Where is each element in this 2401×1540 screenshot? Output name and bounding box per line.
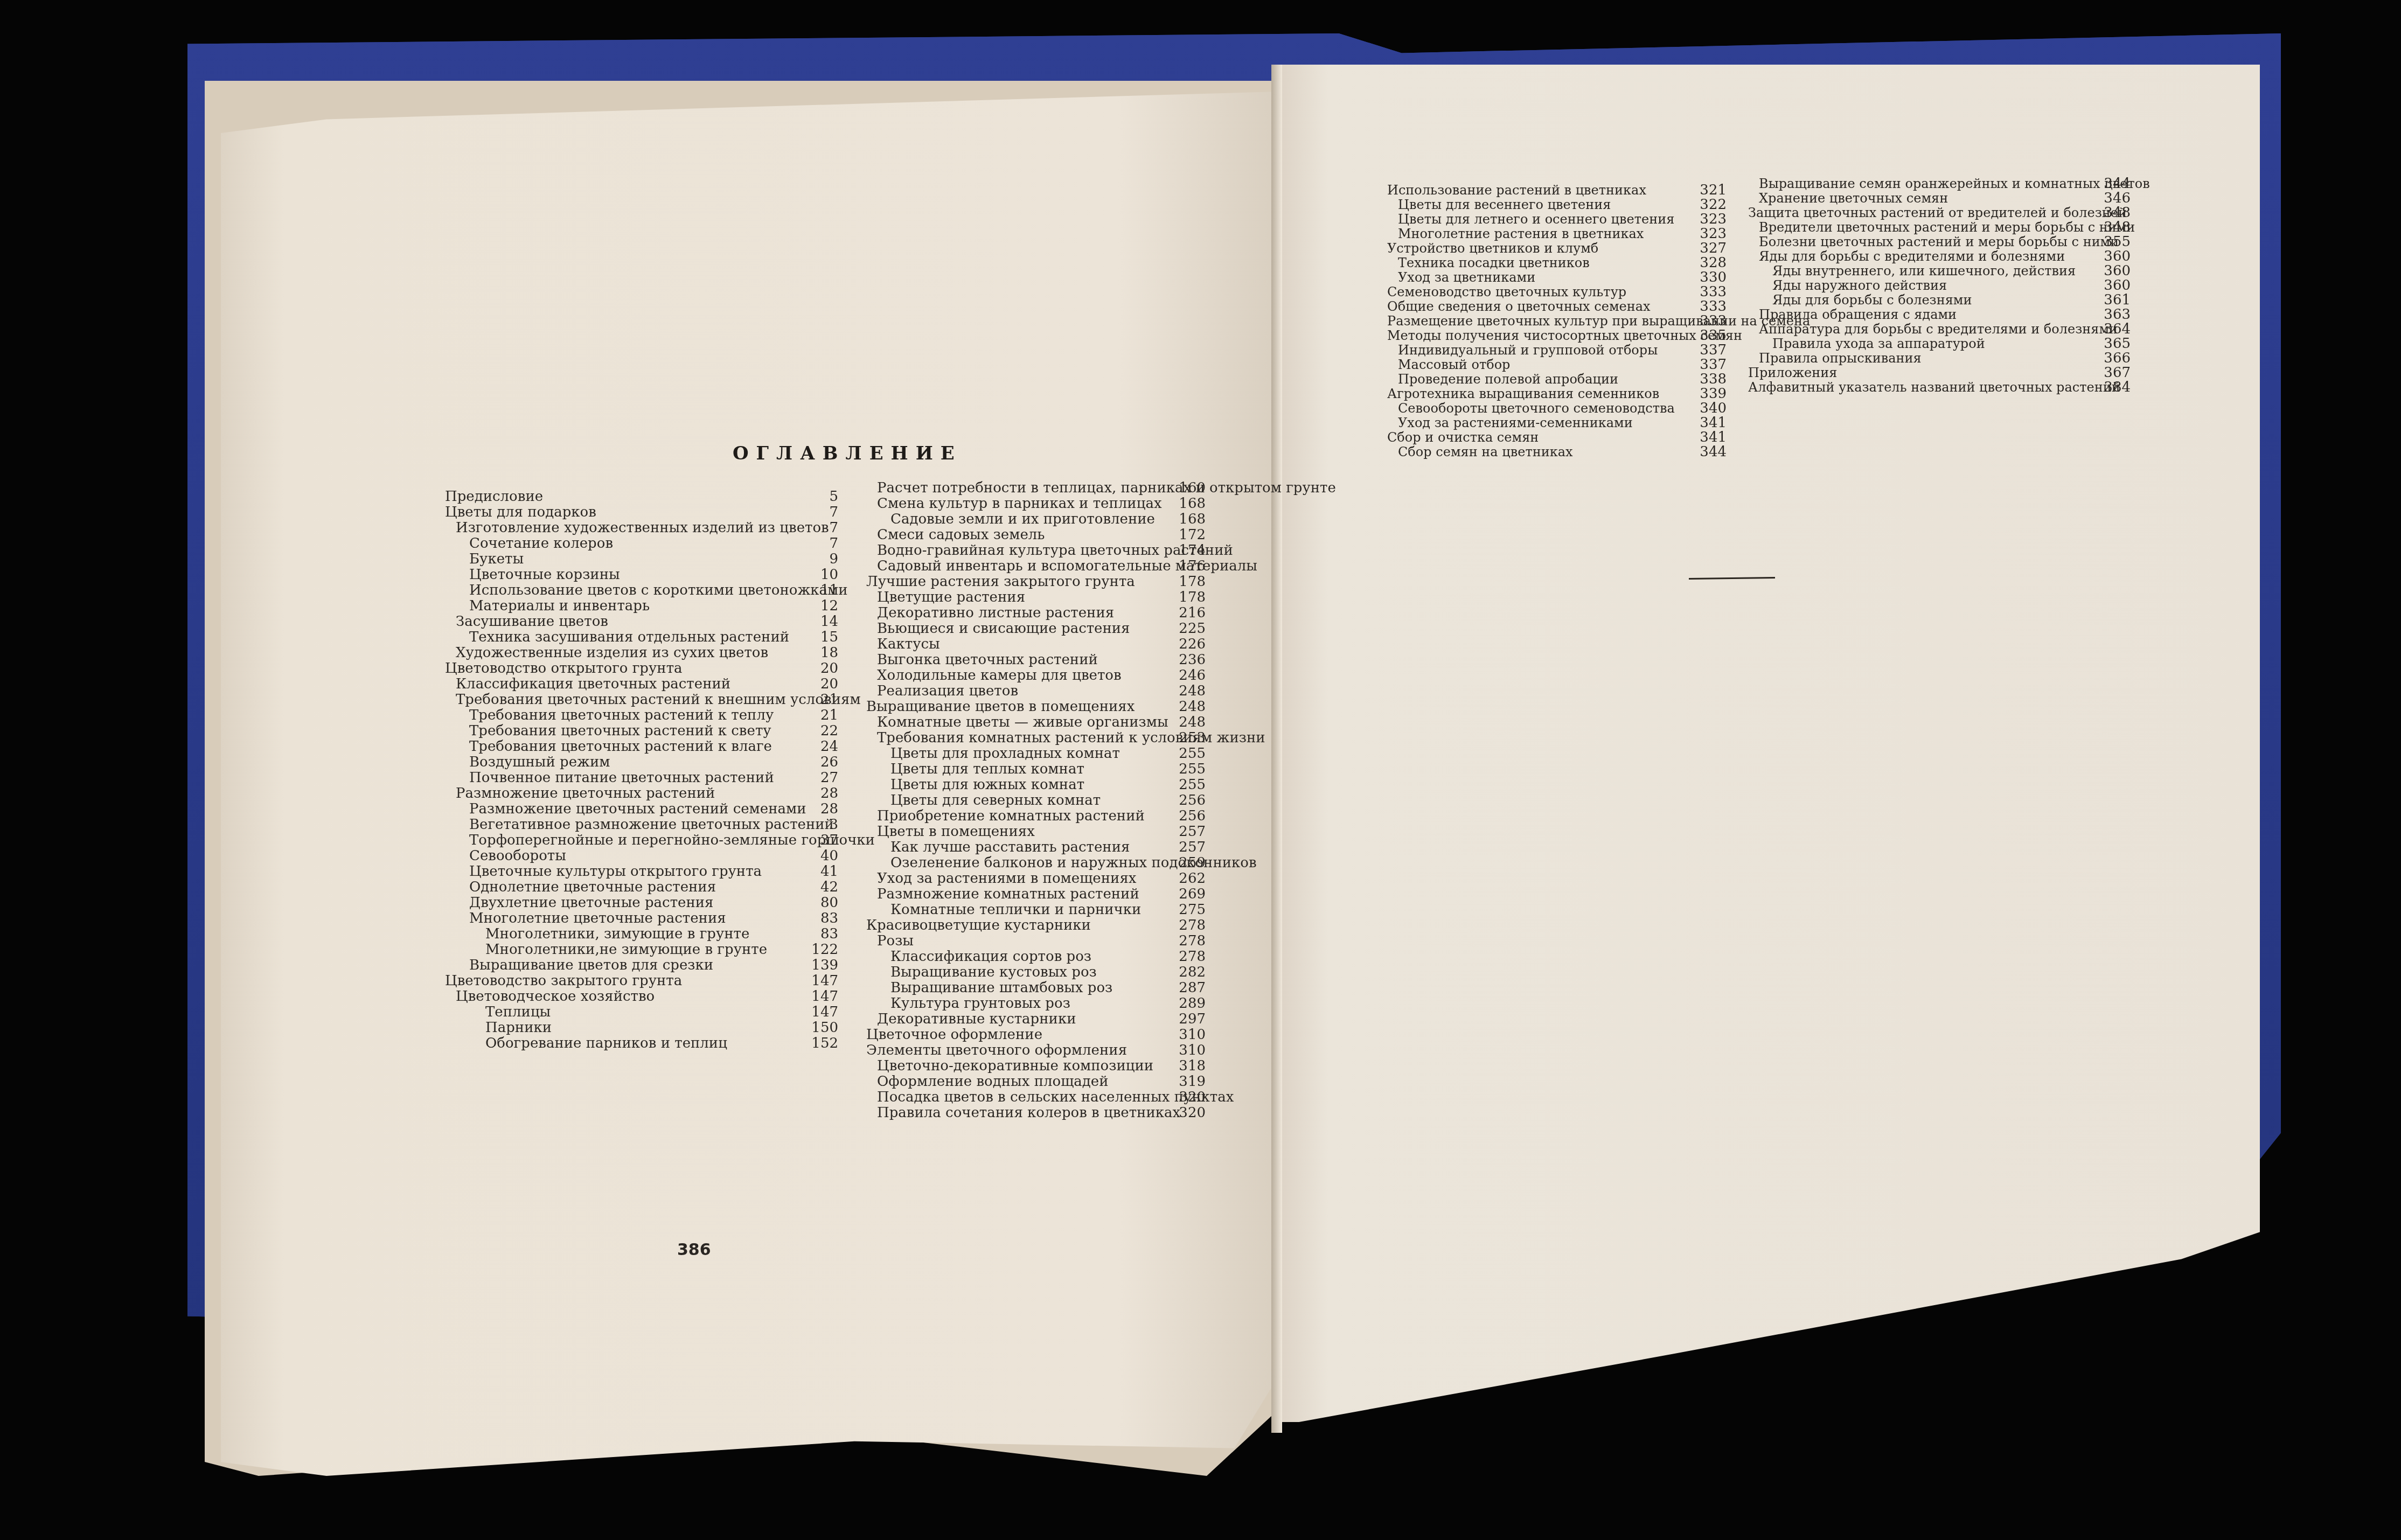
toc-entry-page: 337	[1700, 358, 1727, 372]
toc-entry-page: 310	[1179, 1043, 1206, 1058]
toc-entry-page: 147	[811, 989, 838, 1005]
toc-entry-page: 344	[2104, 177, 2131, 191]
toc-entry-title: Сбор семян на цветниках	[1398, 445, 1573, 459]
toc-entry: Многолетники,не зимующие в грунте122	[445, 942, 838, 958]
toc-entry-page: 348	[2104, 206, 2131, 220]
toc-entry-page: 341	[1700, 416, 1727, 430]
toc-entry-page: 255	[1179, 762, 1206, 777]
toc-entry-title: Оформление водных площадей	[877, 1074, 1109, 1090]
toc-entry: Сочетание колеров7	[445, 536, 838, 552]
toc-entry-title: Смеси садовых земель	[877, 527, 1045, 543]
toc-entry-title: Цветочно-декоративные композиции	[877, 1058, 1153, 1074]
toc-entry-title: Правила ухода за аппаратурой	[1772, 337, 1985, 351]
toc-entry: Классификация сортов роз278	[866, 949, 1206, 965]
toc-entry: Севообороты40	[445, 848, 838, 864]
toc-entry-page: 321	[1700, 183, 1727, 198]
toc-entry-title: Двухлетние цветочные растения	[469, 895, 714, 911]
toc-entry-page: 172	[1179, 527, 1206, 543]
toc-entry: Вредители цветочных растений и меры борь…	[1748, 220, 2061, 235]
toc-entry: Многолетники, зимующие в грунте83	[445, 926, 838, 942]
book-gutter	[1271, 65, 1282, 1433]
toc-entry-title: Цветочные корзины	[469, 567, 620, 583]
toc-entry-title: Агротехника выращивания семенников	[1387, 387, 1659, 401]
toc-entry: Яды для борьбы с болезнями361	[1748, 293, 2061, 308]
toc-entry-title: Классификация цветочных растений	[456, 677, 730, 692]
toc-entry: Цветочные корзины10	[445, 567, 838, 583]
toc-entry-page: 139	[811, 958, 838, 973]
toc-entry-title: Методы получения чистосортных цветочных …	[1387, 329, 1742, 343]
toc-entry: Почвенное питание цветочных растений27	[445, 770, 838, 786]
toc-entry-page: 7	[829, 505, 838, 520]
toc-entry-page: 152	[811, 1036, 838, 1051]
toc-entry: Приложения367	[1748, 366, 2061, 380]
toc-entry-title: Вредители цветочных растений и меры борь…	[1759, 220, 2135, 235]
toc-entry-title: Материалы и инвентарь	[469, 598, 650, 614]
toc-entry-title: Требования цветочных растений к внешним …	[456, 692, 861, 708]
toc-entry: Цветочно-декоративные композиции318	[866, 1058, 1206, 1074]
toc-entry-page: 12	[820, 598, 838, 614]
toc-entry-page: 335	[1700, 329, 1727, 343]
toc-entry: Комнатные теплички и парнички275	[866, 902, 1206, 918]
toc-entry-page: 246	[1179, 668, 1206, 684]
toc-entry: Приобретение комнатных растений256	[866, 809, 1206, 824]
toc-entry: Индивидуальный и групповой отборы337	[1387, 343, 1705, 358]
toc-entry-page: 365	[2104, 337, 2131, 351]
toc-entry: Яды наружного действия360	[1748, 278, 2061, 293]
toc-entry-page: 22	[820, 723, 838, 739]
toc-entry-page: 255	[1179, 777, 1206, 793]
toc-entry-page: 367	[2104, 366, 2131, 380]
toc-entry-title: Культура грунтовых роз	[890, 996, 1070, 1012]
toc-entry-page: 226	[1179, 637, 1206, 652]
toc-entry-page: 178	[1179, 590, 1206, 605]
toc-entry-title: Цветочные культуры открытого грунта	[469, 864, 762, 880]
toc-entry-title: Классификация сортов роз	[890, 949, 1091, 965]
toc-entry: Цветы для подарков7	[445, 505, 838, 520]
toc-entry-title: Выгонка цветочных растений	[877, 652, 1098, 668]
toc-entry: Уход за растениями-семенниками341	[1387, 416, 1705, 430]
toc-entry: Цветы для прохладных комнат255	[866, 746, 1206, 762]
toc-entry: Использование цветов с короткими цветоно…	[445, 583, 838, 598]
toc-entry: Цветочное оформление310	[866, 1027, 1206, 1043]
toc-entry-title: Как лучше расставить растения	[890, 840, 1130, 855]
toc-entry-page: 147	[811, 973, 838, 989]
toc-entry-page: 42	[820, 880, 838, 895]
toc-entry: Садовый инвентарь и вспомогательные мате…	[866, 559, 1206, 574]
toc-entry-page: 360	[2104, 278, 2131, 293]
toc-entry: Техника засушивания отдельных растений15	[445, 630, 838, 645]
toc-entry: Предисловие5	[445, 489, 838, 505]
toc-entry-title: Использование цветов с короткими цветоно…	[469, 583, 848, 598]
toc-entry-page: 21	[820, 708, 838, 723]
toc-entry-page: 150	[811, 1020, 838, 1036]
toc-entry-page: 216	[1179, 605, 1206, 621]
toc-entry-title: Сбор и очистка семян	[1387, 430, 1539, 445]
toc-entry-page: 11	[820, 583, 838, 598]
toc-entry: Кактусы226	[866, 637, 1206, 652]
toc-entry-page: 178	[1179, 574, 1206, 590]
toc-entry-title: Требования цветочных растений к теплу	[469, 708, 774, 723]
toc-entry: Техника посадки цветников328	[1387, 256, 1705, 270]
toc-entry-title: Требования цветочных растений к влаге	[469, 739, 772, 755]
toc-entry-page: 269	[1179, 887, 1206, 902]
toc-entry-title: Букеты	[469, 552, 524, 567]
toc-entry-page: 333	[1700, 314, 1727, 329]
toc-entry-page: 327	[1700, 241, 1727, 256]
toc-entry-page: 80	[820, 895, 838, 911]
toc-entry-title: Декоративно листные растения	[877, 605, 1114, 621]
toc-entry: Выгонка цветочных растений236	[866, 652, 1206, 668]
toc-entry: Выращивание цветов в помещениях248	[866, 699, 1206, 715]
toc-entry: Цветы для весеннего цветения322	[1387, 198, 1705, 212]
toc-entry-title: Выращивание цветов для срезки	[469, 958, 713, 973]
toc-entry: Воздушный режим26	[445, 755, 838, 770]
toc-entry-page: 333	[1700, 299, 1727, 314]
toc-entry-page: 310	[1179, 1027, 1206, 1043]
toc-entry-page: 341	[1700, 430, 1727, 445]
toc-entry-page: 348	[2104, 220, 2131, 235]
toc-entry: Уход за цветниками330	[1387, 270, 1705, 285]
toc-entry-page: 248	[1179, 715, 1206, 730]
toc-entry-title: Цветы для летнего и осеннего цветения	[1398, 212, 1674, 227]
toc-entry: Алфавитный указатель названий цветочных …	[1748, 380, 2061, 395]
toc-entry-page: 27	[820, 770, 838, 786]
toc-entry-page: 15	[820, 630, 838, 645]
toc-entry-page: 41	[820, 864, 838, 880]
toc-entry-page: 344	[1700, 445, 1727, 459]
toc-entry-title: Севообороты цветочного семеноводства	[1398, 401, 1675, 416]
toc-entry: Цветы для южных комнат255	[866, 777, 1206, 793]
toc-entry-title: Многолетники, зимующие в грунте	[485, 926, 749, 942]
toc-entry: Красивоцветущие кустарники278	[866, 918, 1206, 933]
toc-entry: Защита цветочных растений от вредителей …	[1748, 206, 2061, 220]
toc-column-4: Выращивание семян оранжерейных и комнатн…	[1748, 177, 2061, 395]
toc-entry: Цветы в помещениях257	[866, 824, 1206, 840]
toc-entry: Холодильные камеры для цветов246	[866, 668, 1206, 684]
toc-column-2: Расчет потребности в теплицах, парниках …	[866, 480, 1206, 1121]
toc-entry: Яды для борьбы с вредителями и болезнями…	[1748, 249, 2061, 264]
toc-entry-title: Размещение цветочных культур при выращив…	[1387, 314, 1810, 329]
toc-entry-page: 289	[1179, 996, 1206, 1012]
toc-entry-page: 257	[1179, 824, 1206, 840]
toc-entry-page: 248	[1179, 684, 1206, 699]
toc-entry-page: 168	[1179, 496, 1206, 512]
toc-entry-title: Смена культур в парниках и теплицах	[877, 496, 1162, 512]
toc-entry-page: 20	[820, 677, 838, 692]
toc-entry-page: 338	[1700, 372, 1727, 387]
toc-entry-title: Яды внутреннего, или кишечного, действия	[1772, 264, 2076, 278]
toc-entry-page: 366	[2104, 351, 2131, 366]
toc-entry: Размножение комнатных растений269	[866, 887, 1206, 902]
toc-entry-page: 262	[1179, 871, 1206, 887]
toc-entry-title: Проведение полевой апробации	[1398, 372, 1618, 387]
toc-entry-page: 3	[829, 817, 838, 833]
toc-entry-title: Устройство цветников и клумб	[1387, 241, 1598, 256]
toc-entry-title: Цветы для теплых комнат	[890, 762, 1084, 777]
toc-entry: Декоративные кустарники297	[866, 1012, 1206, 1027]
toc-entry: Размножение цветочных растений28	[445, 786, 838, 802]
toc-entry-page: 248	[1179, 699, 1206, 715]
toc-entry: Комнатные цветы — живые организмы248	[866, 715, 1206, 730]
toc-entry-title: Расчет потребности в теплицах, парниках …	[877, 480, 1336, 496]
toc-entry: Обогревание парников и теплиц152	[445, 1036, 838, 1051]
toc-entry-page: 253	[1179, 730, 1206, 746]
toc-entry: Семеноводство цветочных культур333	[1387, 285, 1705, 299]
toc-entry-title: Выращивание кустовых роз	[890, 965, 1097, 980]
toc-entry-page: 340	[1700, 401, 1727, 416]
toc-entry: Использование растений в цветниках321	[1387, 183, 1705, 198]
toc-entry-title: Общие сведения о цветочных семенах	[1387, 299, 1651, 314]
toc-entry-title: Многолетники,не зимующие в грунте	[485, 942, 767, 958]
toc-entry-page: 37	[820, 833, 838, 848]
toc-entry-page: 5	[829, 489, 838, 505]
toc-entry-title: Техника засушивания отдельных растений	[469, 630, 789, 645]
toc-entry-title: Защита цветочных растений от вредителей …	[1748, 206, 2127, 220]
toc-entry-page: 28	[820, 786, 838, 802]
toc-entry-page: 361	[2104, 293, 2131, 308]
toc-entry: Засушивание цветов14	[445, 614, 838, 630]
toc-entry-title: Воздушный режим	[469, 755, 610, 770]
toc-entry-title: Использование растений в цветниках	[1387, 183, 1646, 198]
toc-entry: Букеты9	[445, 552, 838, 567]
toc-entry-title: Реализация цветов	[877, 684, 1018, 699]
toc-entry: Цветущие растения178	[866, 590, 1206, 605]
toc-entry-title: Правила обращения с ядами	[1759, 308, 1957, 322]
toc-entry-page: 26	[820, 755, 838, 770]
toc-entry-page: 355	[2104, 235, 2131, 249]
toc-entry-title: Цветы для подарков	[445, 505, 596, 520]
toc-entry-page: 360	[2104, 249, 2131, 264]
toc-entry-page: 7	[829, 520, 838, 536]
toc-entry-page: 337	[1700, 343, 1727, 358]
toc-entry: Художественные изделия из сухих цветов18	[445, 645, 838, 661]
toc-entry-page: 275	[1179, 902, 1206, 918]
toc-entry-page: 10	[820, 567, 838, 583]
toc-entry-title: Приложения	[1748, 366, 1837, 380]
toc-entry-page: 320	[1179, 1090, 1206, 1105]
toc-entry: Требования цветочных растений к теплу21	[445, 708, 838, 723]
toc-heading: ОГЛАВЛЕНИЕ	[733, 443, 962, 464]
toc-entry: Декоративно листные растения216	[866, 605, 1206, 621]
toc-entry-page: 323	[1700, 227, 1727, 241]
toc-entry: Требования комнатных растений к условиям…	[866, 730, 1206, 746]
toc-entry: Цветы для летнего и осеннего цветения323	[1387, 212, 1705, 227]
toc-entry: Торфоперегнойные и перегнойно-земляные г…	[445, 833, 838, 848]
toc-entry-page: 24	[820, 739, 838, 755]
toc-entry: Теплицы147	[445, 1005, 838, 1020]
toc-entry-title: Выращивание цветов в помещениях	[866, 699, 1135, 715]
toc-entry-page: 278	[1179, 933, 1206, 949]
toc-entry: Массовый отбор337	[1387, 358, 1705, 372]
toc-entry: Как лучше расставить растения257	[866, 840, 1206, 855]
toc-column-1: Предисловие5Цветы для подарков7Изготовле…	[445, 489, 838, 1051]
toc-entry: Элементы цветочного оформления310	[866, 1043, 1206, 1058]
toc-entry-page: 257	[1179, 840, 1206, 855]
toc-entry-page: 147	[811, 1005, 838, 1020]
toc-entry: Смена культур в парниках и теплицах168	[866, 496, 1206, 512]
toc-entry-title: Цветоводство открытого грунта	[445, 661, 683, 677]
toc-entry-title: Теплицы	[485, 1005, 551, 1020]
toc-entry-title: Приобретение комнатных растений	[877, 809, 1145, 824]
toc-entry-page: 40	[820, 848, 838, 864]
toc-entry-title: Аппаратура для борьбы с вредителями и бо…	[1759, 322, 2118, 337]
toc-entry-title: Яды для борьбы с вредителями и болезнями	[1759, 249, 2065, 264]
toc-entry: Вегетативное размножение цветочных расте…	[445, 817, 838, 833]
toc-entry-page: 20	[820, 661, 838, 677]
toc-entry: Уход за растениями в помещениях262	[866, 871, 1206, 887]
page-number: 386	[677, 1241, 711, 1259]
toc-entry-title: Уход за цветниками	[1398, 270, 1535, 285]
toc-entry-title: Засушивание цветов	[456, 614, 608, 630]
toc-entry: Размещение цветочных культур при выращив…	[1387, 314, 1705, 329]
toc-entry: Озеленение балконов и наружных подоконни…	[866, 855, 1206, 871]
toc-entry-page: 122	[811, 942, 838, 958]
toc-entry-title: Комнатные теплички и парнички	[890, 902, 1141, 918]
toc-entry-page: 339	[1700, 387, 1727, 401]
toc-entry: Цветочные культуры открытого грунта41	[445, 864, 838, 880]
toc-entry: Болезни цветочных растений и меры борьбы…	[1748, 235, 2061, 249]
toc-entry-title: Выращивание семян оранжерейных и комнатн…	[1759, 177, 2150, 191]
toc-entry: Двухлетние цветочные растения80	[445, 895, 838, 911]
toc-entry: Сбор и очистка семян341	[1387, 430, 1705, 445]
toc-entry-page: 322	[1700, 198, 1727, 212]
toc-entry: Требования цветочных растений к влаге24	[445, 739, 838, 755]
toc-entry-page: 364	[2104, 322, 2131, 337]
toc-entry-page: 323	[1700, 212, 1727, 227]
toc-entry-page: 360	[2104, 264, 2131, 278]
toc-entry-title: Лучшие растения закрытого грунта	[866, 574, 1135, 590]
toc-entry-title: Правила сочетания колеров в цветниках	[877, 1105, 1180, 1121]
toc-entry: Выращивание цветов для срезки139	[445, 958, 838, 973]
toc-entry: Культура грунтовых роз289	[866, 996, 1206, 1012]
toc-entry: Правила сочетания колеров в цветниках320	[866, 1105, 1206, 1121]
toc-entry-title: Алфавитный указатель названий цветочных …	[1748, 380, 2120, 395]
toc-entry: Требования цветочных растений к внешним …	[445, 692, 838, 708]
toc-entry: Цветоводческое хозяйство147	[445, 989, 838, 1005]
toc-entry: Севообороты цветочного семеноводства340	[1387, 401, 1705, 416]
toc-entry-page: 259	[1179, 855, 1206, 871]
toc-entry-title: Цветы для южных комнат	[890, 777, 1084, 793]
toc-entry-title: Цветы для северных комнат	[890, 793, 1101, 809]
toc-entry-title: Многолетние цветочные растения	[469, 911, 726, 926]
toc-entry: Многолетние растения в цветниках323	[1387, 227, 1705, 241]
toc-entry-page: 255	[1179, 746, 1206, 762]
toc-entry: Садовые земли и их приготовление168	[866, 512, 1206, 527]
toc-entry-title: Хранение цветочных семян	[1759, 191, 1948, 206]
toc-entry: Требования цветочных растений к свету22	[445, 723, 838, 739]
toc-column-3: Использование растений в цветниках321Цве…	[1387, 183, 1705, 459]
toc-entry-page: 363	[2104, 308, 2131, 322]
toc-entry: Устройство цветников и клумб327	[1387, 241, 1705, 256]
toc-entry: Выращивание штамбовых роз287	[866, 980, 1206, 996]
toc-entry-page: 278	[1179, 918, 1206, 933]
toc-entry: Общие сведения о цветочных семенах333	[1387, 299, 1705, 314]
toc-entry-page: 320	[1179, 1105, 1206, 1121]
toc-entry-title: Вегетативное размножение цветочных расте…	[469, 817, 834, 833]
toc-entry-page: 225	[1179, 621, 1206, 637]
toc-entry-page: 236	[1179, 652, 1206, 668]
toc-entry-title: Красивоцветущие кустарники	[866, 918, 1091, 933]
toc-entry: Смеси садовых земель172	[866, 527, 1206, 543]
toc-entry: Изготовление художественных изделий из ц…	[445, 520, 838, 536]
toc-entry-page: 346	[2104, 191, 2131, 206]
toc-entry-title: Элементы цветочного оформления	[866, 1043, 1127, 1058]
toc-entry-page: 28	[820, 802, 838, 817]
toc-entry-title: Семеноводство цветочных культур	[1387, 285, 1626, 299]
toc-entry-title: Обогревание парников и теплиц	[485, 1036, 727, 1051]
toc-entry-title: Размножение комнатных растений	[877, 887, 1139, 902]
toc-entry-page: 256	[1179, 809, 1206, 824]
toc-entry: Проведение полевой апробации338	[1387, 372, 1705, 387]
toc-entry-title: Почвенное питание цветочных растений	[469, 770, 774, 786]
toc-entry-page: 333	[1700, 285, 1727, 299]
toc-entry-title: Цветоводческое хозяйство	[456, 989, 655, 1005]
toc-entry-title: Цветы в помещениях	[877, 824, 1035, 840]
toc-entry-title: Яды наружного действия	[1772, 278, 1947, 293]
toc-entry-page: 282	[1179, 965, 1206, 980]
toc-entry: Вьющиеся и свисающие растения225	[866, 621, 1206, 637]
toc-entry-title: Торфоперегнойные и перегнойно-земляные г…	[469, 833, 875, 848]
toc-entry-page: 21	[820, 692, 838, 708]
toc-entry-title: Вьющиеся и свисающие растения	[877, 621, 1130, 637]
toc-entry-title: Уход за растениями в помещениях	[877, 871, 1136, 887]
toc-entry-title: Индивидуальный и групповой отборы	[1398, 343, 1658, 358]
toc-entry-page: 297	[1179, 1012, 1206, 1027]
toc-entry: Классификация цветочных растений20	[445, 677, 838, 692]
toc-entry-page: 328	[1700, 256, 1727, 270]
toc-entry: Водно-гравийная культура цветочных расте…	[866, 543, 1206, 559]
toc-entry-page: 319	[1179, 1074, 1206, 1090]
toc-entry: Агротехника выращивания семенников339	[1387, 387, 1705, 401]
toc-entry-title: Сочетание колеров	[469, 536, 613, 552]
toc-entry-title: Болезни цветочных растений и меры борьбы…	[1759, 235, 2119, 249]
toc-entry-page: 83	[820, 911, 838, 926]
toc-entry-title: Цветы для прохладных комнат	[890, 746, 1120, 762]
toc-entry-page: 287	[1179, 980, 1206, 996]
toc-entry-title: Требования комнатных растений к условиям…	[877, 730, 1265, 746]
toc-entry-title: Цветущие растения	[877, 590, 1025, 605]
toc-entry: Материалы и инвентарь12	[445, 598, 838, 614]
toc-entry-title: Художественные изделия из сухих цветов	[456, 645, 768, 661]
toc-entry-title: Цветоводство закрытого грунта	[445, 973, 682, 989]
toc-entry-title: Севообороты	[469, 848, 566, 864]
toc-entry: Размножение цветочных растений семенами2…	[445, 802, 838, 817]
toc-entry-title: Однолетние цветочные растения	[469, 880, 716, 895]
toc-entry-page: 174	[1179, 543, 1206, 559]
toc-entry-title: Изготовление художественных изделий из ц…	[456, 520, 829, 536]
toc-entry-page: 384	[2104, 380, 2131, 395]
toc-entry-page: 256	[1179, 793, 1206, 809]
toc-entry: Парники150	[445, 1020, 838, 1036]
toc-entry: Розы278	[866, 933, 1206, 949]
toc-entry-page: 160	[1179, 480, 1206, 496]
toc-entry-page: 18	[820, 645, 838, 661]
toc-entry: Яды внутреннего, или кишечного, действия…	[1748, 264, 2061, 278]
toc-entry-title: Цветочное оформление	[866, 1027, 1042, 1043]
toc-entry-page: 176	[1179, 559, 1206, 574]
toc-entry: Цветоводство открытого грунта20	[445, 661, 838, 677]
toc-entry: Цветоводство закрытого грунта147	[445, 973, 838, 989]
toc-entry-title: Парники	[485, 1020, 552, 1036]
toc-entry-title: Холодильные камеры для цветов	[877, 668, 1122, 684]
toc-entry: Правила обращения с ядами363	[1748, 308, 2061, 322]
toc-entry-title: Размножение цветочных растений	[456, 786, 715, 802]
toc-entry: Цветы для северных комнат256	[866, 793, 1206, 809]
toc-entry: Лучшие растения закрытого грунта178	[866, 574, 1206, 590]
toc-entry-title: Массовый отбор	[1398, 358, 1510, 372]
toc-entry-page: 83	[820, 926, 838, 942]
toc-entry-title: Требования цветочных растений к свету	[469, 723, 771, 739]
